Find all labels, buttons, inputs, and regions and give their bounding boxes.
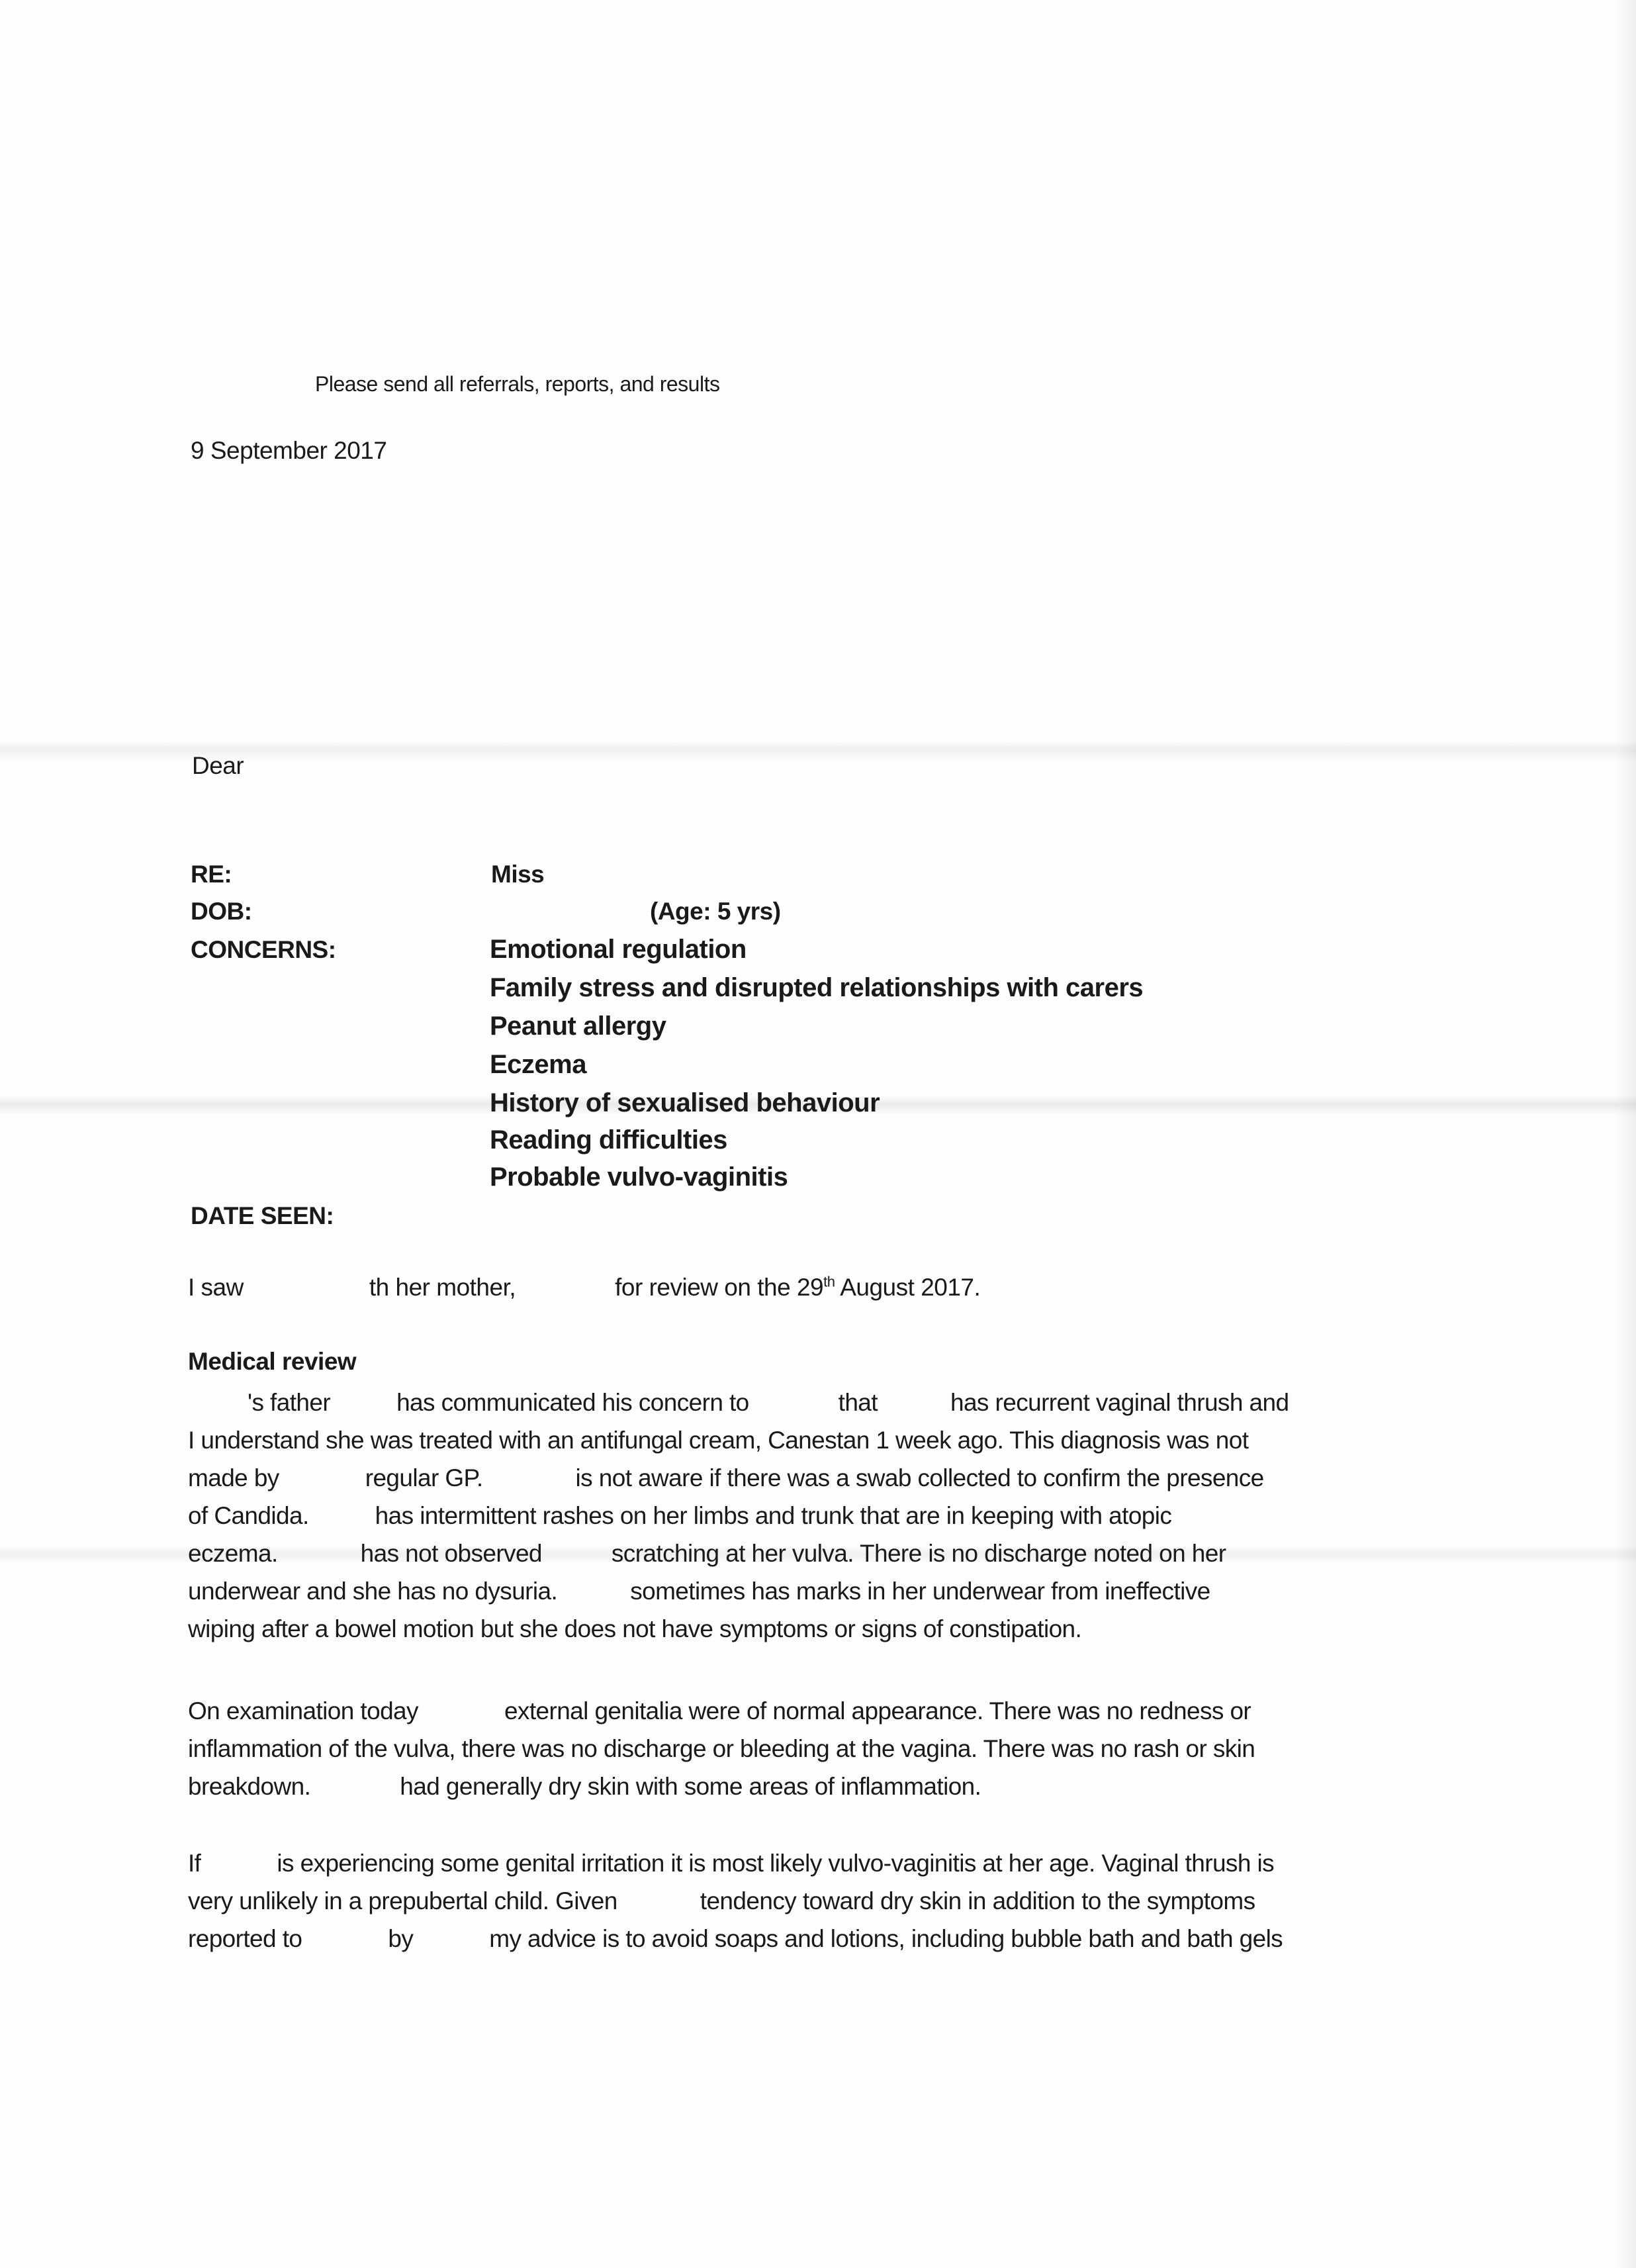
letter-page: Please send all referrals, reports, and … (0, 0, 1636, 2268)
intro-part: th her mother, (369, 1274, 516, 1301)
intro-part: for review on the 29 (615, 1274, 823, 1301)
text-line: breakdown.had generally dry skin with so… (188, 1768, 1419, 1805)
text-line: eczema.has not observedscratching at her… (188, 1535, 1419, 1572)
concern-item: History of sexualised behaviour (490, 1088, 880, 1118)
intro-part: I saw (188, 1274, 244, 1301)
intro-part: August 2017. (835, 1274, 980, 1301)
paragraph-advice: Ifis experiencing some genital irritatio… (188, 1844, 1419, 1958)
date-seen-label: DATE SEEN: (191, 1202, 334, 1230)
paragraph-medical-history: 's fatherhas communicated his concern to… (188, 1384, 1419, 1648)
text-line: wiping after a bowel motion but she does… (188, 1610, 1419, 1648)
concerns-label: CONCERNS: (191, 936, 336, 964)
salutation: Dear (192, 752, 244, 780)
text-line: Ifis experiencing some genital irritatio… (188, 1844, 1419, 1882)
referral-note: Please send all referrals, reports, and … (315, 372, 719, 397)
text-line: made byregular GP.is not aware if there … (188, 1459, 1419, 1497)
text-line: inflammation of the vulva, there was no … (188, 1730, 1419, 1768)
concern-item: Family stress and disrupted relationship… (490, 973, 1143, 1003)
paragraph-examination: On examination todayexternal genitalia w… (188, 1692, 1419, 1805)
concern-item: Eczema (490, 1050, 586, 1080)
concern-item: Emotional regulation (490, 935, 747, 965)
text-line: of Candida.has intermittent rashes on he… (188, 1497, 1419, 1535)
dob-label: DOB: (191, 898, 252, 925)
concern-item: Probable vulvo-vaginitis (490, 1162, 788, 1192)
page-edge-shadow (1616, 0, 1636, 2268)
text-line: reported tobymy advice is to avoid soaps… (188, 1920, 1419, 1958)
dob-value: (Age: 5 yrs) (650, 898, 781, 925)
re-value: Miss (491, 861, 544, 888)
concern-item: Reading difficulties (490, 1125, 727, 1155)
concern-item: Peanut allergy (490, 1012, 666, 1041)
text-line: I understand she was treated with an ant… (188, 1421, 1419, 1459)
re-label: RE: (191, 861, 232, 888)
intro-sup: th (823, 1274, 835, 1290)
text-line: 's fatherhas communicated his concern to… (188, 1384, 1419, 1421)
text-line: On examination todayexternal genitalia w… (188, 1692, 1419, 1730)
text-line: underwear and she has no dysuria.sometim… (188, 1572, 1419, 1610)
section-heading: Medical review (188, 1348, 356, 1376)
intro-line: I sawth her mother,for review on the 29t… (188, 1274, 980, 1301)
letter-date: 9 September 2017 (191, 437, 386, 465)
text-line: very unlikely in a prepubertal child. Gi… (188, 1882, 1419, 1920)
